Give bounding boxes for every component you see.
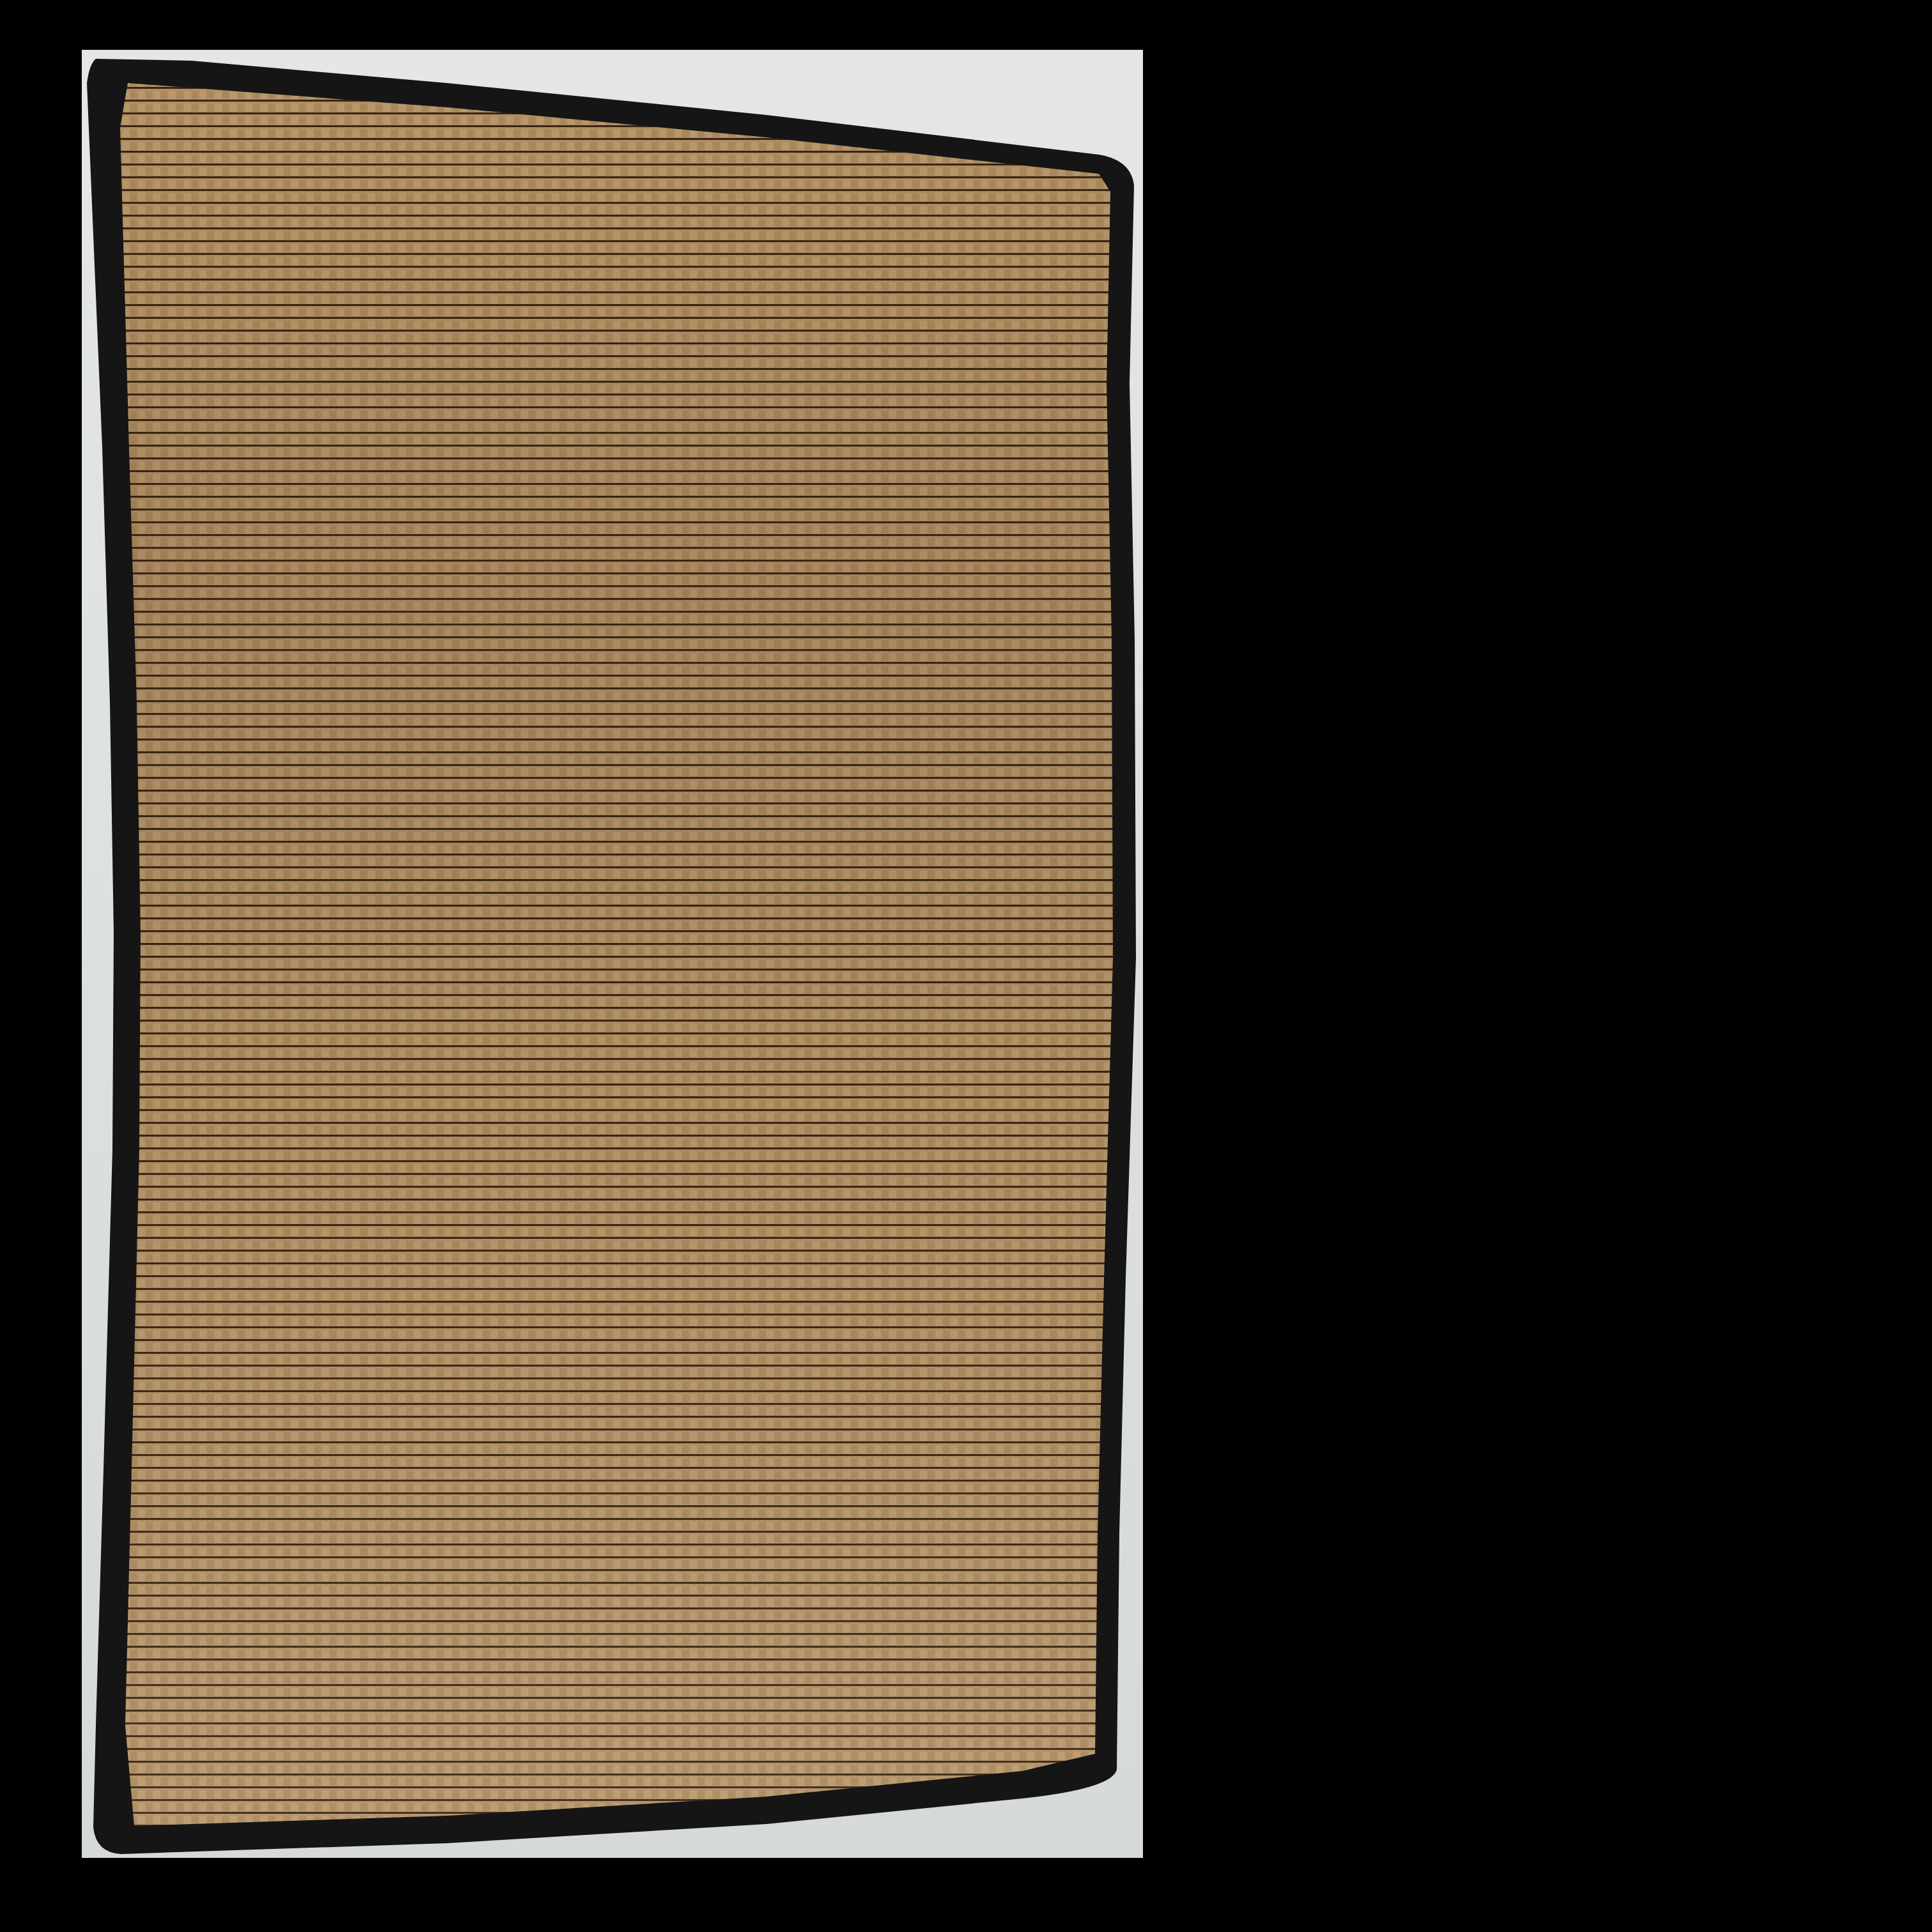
woven-rug	[0, 0, 1932, 1932]
rug-shading	[120, 83, 1113, 1826]
